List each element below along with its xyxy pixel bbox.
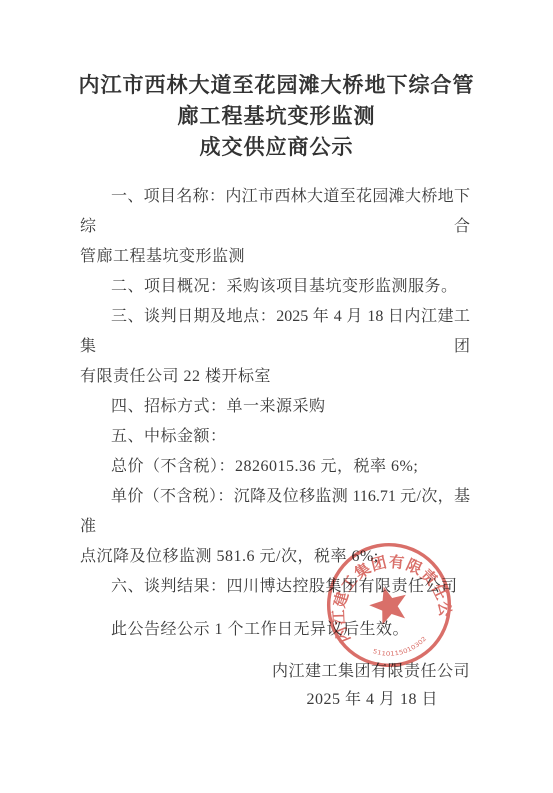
signature-company: 内江建工集团有限责任公司: [80, 658, 470, 686]
document-body: 一、项目名称：内江市西林大道至花园滩大桥地下综合 管廊工程基坑变形监测 二、项目…: [80, 182, 470, 714]
signature-date: 2025 年 4 月 18 日: [80, 686, 470, 714]
body-line-total-price: 总价（不含税）：2826015.36 元，税率 6%;: [80, 452, 470, 482]
body-line-effective-notice: 此公告经公示 1 个工作日无异议后生效。: [80, 615, 470, 645]
body-line-project-overview: 二、项目概况：采购该项目基坑变形监测服务。: [80, 272, 470, 302]
document-title: 内江市西林大道至花园滩大桥地下综合管 廊工程基坑变形监测 成交供应商公示: [0, 0, 553, 163]
title-line: 内江市西林大道至花园滩大桥地下综合管: [0, 70, 553, 101]
body-line-negotiation-result: 六、谈判结果：四川博达控股集团有限责任公司: [80, 572, 470, 602]
body-line-negotiation-date: 三、谈判日期及地点：2025 年 4 月 18 日内江建工集团: [80, 302, 470, 362]
body-line-unit-price: 单价（不含税）：沉降及位移监测 116.71 元/次，基准: [80, 482, 470, 542]
document-page: 内江市西林大道至花园滩大桥地下综合管 廊工程基坑变形监测 成交供应商公示 一、项…: [0, 0, 553, 793]
signature-block: 内江建工集团有限责任公司 2025 年 4 月 18 日: [80, 658, 470, 714]
title-line: 成交供应商公示: [0, 132, 553, 163]
body-line-bidding-method: 四、招标方式：单一来源采购: [80, 392, 470, 422]
body-line-project-name: 一、项目名称：内江市西林大道至花园滩大桥地下综合: [80, 182, 470, 242]
body-line-project-name-cont: 管廊工程基坑变形监测: [80, 242, 470, 272]
body-line-negotiation-date-cont: 有限责任公司 22 楼开标室: [80, 362, 470, 392]
body-line-award-amount: 五、中标金额：: [80, 422, 470, 452]
body-line-unit-price-cont: 点沉降及位移监测 581.6 元/次，税率 6%;: [80, 542, 470, 572]
title-line: 廊工程基坑变形监测: [0, 101, 553, 132]
